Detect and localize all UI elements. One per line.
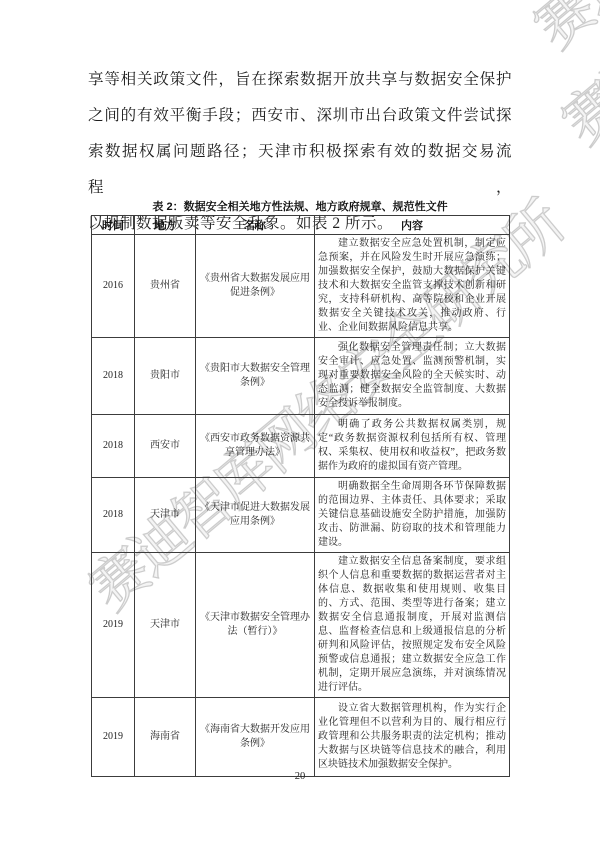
name-cell: 《贵阳市大数据安全管理条例》 (196, 338, 315, 415)
time-cell: 2018 (92, 478, 135, 553)
name-cell: 《海南省大数据开发应用条例》 (196, 698, 315, 777)
table-caption: 表 2：数据安全相关地方性法规、地方政府规章、规范性文件 (91, 198, 509, 214)
name-cell: 《贵州省大数据发展应用促进条例》 (196, 235, 315, 338)
time-cell: 2016 (92, 235, 135, 338)
place-cell: 天津市 (135, 553, 196, 698)
column-header: 名称 (196, 216, 315, 235)
place-cell: 贵阳市 (135, 338, 196, 415)
content-cell: 强化数据安全管理责任制；立大数据安全审计、应急处置、监测预警机制，实现对重要数据… (315, 338, 510, 415)
place-cell: 天津市 (135, 478, 196, 553)
intro-line: 享等相关政策文件，旨在探索数据开放共享与数据安全保护 (88, 62, 512, 98)
name-cell: 《天津市促进大数据发展应用条例》 (196, 478, 315, 553)
content-cell: 明确了政务公共数据权属类别，规定“政务数据资源权利包括所有权、管理权、采集权、使… (315, 415, 510, 478)
table-body: 2016贵州省《贵州省大数据发展应用促进条例》建立数据安全应急处置机制，制定应急… (92, 235, 510, 777)
name-cell: 《西安市政务数据资源共享管理办法》 (196, 415, 315, 478)
time-cell: 2019 (92, 698, 135, 777)
time-cell: 2019 (92, 553, 135, 698)
table-row: 2018贵阳市《贵阳市大数据安全管理条例》强化数据安全管理责任制；立大数据安全审… (92, 338, 510, 415)
time-cell: 2018 (92, 415, 135, 478)
table-header-row: 时间地方名称内容 (92, 216, 510, 235)
table-row: 2016贵州省《贵州省大数据发展应用促进条例》建立数据安全应急处置机制，制定应急… (92, 235, 510, 338)
time-cell: 2018 (92, 338, 135, 415)
regulations-table: 时间地方名称内容 2016贵州省《贵州省大数据发展应用促进条例》建立数据安全应急… (91, 215, 510, 777)
column-header: 时间 (92, 216, 135, 235)
watermark-fragment: 赛迪智库网络安全研究所 (541, 0, 600, 160)
column-header: 地方 (135, 216, 196, 235)
content-cell: 建立数据安全应急处置机制，制定应急预案，并在风险发生时开展应急演练；加强数据安全… (315, 235, 510, 338)
page-number: 20 (0, 771, 600, 782)
watermark-fragment: 赛迪智库网络安全研究所 (513, 0, 600, 64)
name-cell: 《天津市数据安全管理办法（暂行）》 (196, 553, 315, 698)
table-row: 2019天津市《天津市数据安全管理办法（暂行）》建立数据安全信息备案制度，要求组… (92, 553, 510, 698)
table-row: 2018天津市《天津市促进大数据发展应用条例》明确数据全生命周期各环节保障数据的… (92, 478, 510, 553)
content-cell: 明确数据全生命周期各环节保障数据的范围边界、主体责任、具体要求；采取关键信息基础… (315, 478, 510, 553)
place-cell: 海南省 (135, 698, 196, 777)
column-header: 内容 (315, 216, 510, 235)
content-cell: 设立省大数据管理机构，作为实行企业化管理但不以营利为目的、履行相应行政管理和公共… (315, 698, 510, 777)
intro-line: 之间的有效平衡手段；西安市、深圳市出台政策文件尝试探 (88, 98, 512, 134)
table-row: 2018西安市《西安市政务数据资源共享管理办法》明确了政务公共数据权属类别，规定… (92, 415, 510, 478)
intro-line: 索数据权属问题路径；天津市积极探索有效的数据交易流程， (88, 134, 512, 206)
place-cell: 贵州省 (135, 235, 196, 338)
place-cell: 西安市 (135, 415, 196, 478)
document-page: 赛迪智库网络安全研究所 赛迪智库网络安全研究所 赛迪智库网络安全研究所 享等相关… (0, 0, 600, 848)
content-cell: 建立数据安全信息备案制度，要求组织个人信息和重要数据的数据运营者对主体信息、数据… (315, 553, 510, 698)
table-row: 2019海南省《海南省大数据开发应用条例》设立省大数据管理机构，作为实行企业化管… (92, 698, 510, 777)
